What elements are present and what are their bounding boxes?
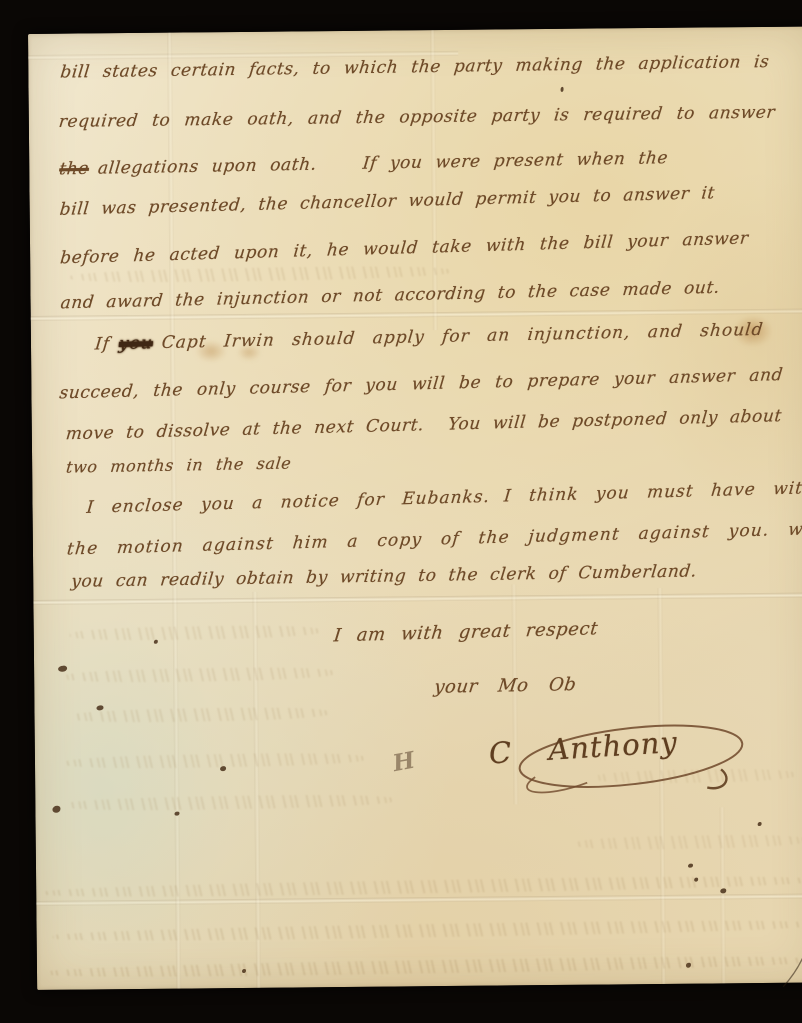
letter-line: two months in the sale bbox=[65, 453, 292, 476]
letter-line: required to make oath, and the opposite … bbox=[58, 103, 777, 132]
line-text: allegations upon oath. bbox=[97, 155, 318, 179]
closing-line: your Mo Ob bbox=[433, 674, 578, 698]
bleedthrough-line bbox=[47, 954, 802, 980]
line-text: required to make oath, and the opposite … bbox=[58, 103, 777, 132]
line-text: two months in the sale bbox=[65, 453, 292, 476]
bleedthrough-line bbox=[65, 752, 365, 770]
line-text: before he acted upon it, he would take w… bbox=[59, 228, 749, 268]
ink-speck bbox=[58, 666, 67, 672]
line-text: bill was presented, the chancellor would… bbox=[59, 183, 716, 220]
hairline-mark bbox=[764, 878, 802, 991]
ink-speck bbox=[154, 640, 158, 644]
bleedthrough-line bbox=[70, 624, 320, 641]
ink-speck bbox=[720, 888, 726, 893]
ink-speck bbox=[758, 822, 762, 826]
line-text: you can readily obtain by writing to the… bbox=[70, 561, 698, 591]
ink-offset-mark: H bbox=[391, 747, 417, 778]
line-gap bbox=[316, 169, 362, 170]
letter-line: IfyouCapt Irwin should apply for an inju… bbox=[94, 320, 764, 355]
bleedthrough-line bbox=[64, 666, 334, 683]
line-gap bbox=[424, 430, 448, 431]
line-text: I think you must have with bbox=[503, 478, 802, 506]
line-text: If you were present when the bbox=[362, 148, 669, 174]
struck-word: the bbox=[58, 159, 90, 180]
line-text: If bbox=[94, 334, 111, 354]
ink-speck bbox=[688, 864, 693, 868]
signature: C Anthony bbox=[482, 703, 753, 816]
closing-line: I am with great respect bbox=[333, 618, 600, 646]
line-text: and award the injunction or not accordin… bbox=[60, 278, 721, 314]
letter-line: and award the injunction or not accordin… bbox=[60, 278, 721, 314]
ink-speck bbox=[96, 705, 103, 710]
line-text: move to dissolve at the next Court. bbox=[65, 415, 425, 444]
letter-paper: bill states certain facts, to which the … bbox=[28, 26, 802, 989]
letter-line: I enclose you a notice for Eubanks.I thi… bbox=[86, 478, 802, 518]
letter-line: succeed, the only course for you will be… bbox=[59, 365, 785, 403]
blotted-word: you bbox=[118, 333, 154, 354]
line-text: I enclose you a notice for Eubanks. bbox=[86, 487, 491, 518]
scan-background: { "letter": { "background_color": "#0a07… bbox=[0, 0, 802, 1023]
bleedthrough-line bbox=[70, 265, 450, 284]
ink-speck bbox=[561, 87, 564, 92]
line-text: succeed, the only course for you will be… bbox=[59, 365, 785, 403]
bleedthrough-line bbox=[53, 918, 802, 944]
bleedthrough-line bbox=[68, 706, 328, 723]
line-text: Capt Irwin should apply for an injunctio… bbox=[161, 320, 765, 353]
letter-line: you can readily obtain by writing to the… bbox=[70, 561, 698, 591]
closing-text: your Mo Ob bbox=[433, 674, 578, 698]
closing-text: I am with great respect bbox=[333, 618, 600, 646]
ink-speck bbox=[52, 806, 60, 813]
bleedthrough-line bbox=[576, 834, 802, 851]
bleedthrough-line bbox=[63, 793, 393, 811]
letter-line: theallegations upon oath.If you were pre… bbox=[58, 148, 669, 179]
letter-line: before he acted upon it, he would take w… bbox=[59, 228, 749, 268]
line-text: You will be postponed only about bbox=[447, 406, 783, 435]
letter-line: bill was presented, the chancellor would… bbox=[59, 183, 716, 220]
fold-crease-horizontal bbox=[33, 592, 802, 605]
